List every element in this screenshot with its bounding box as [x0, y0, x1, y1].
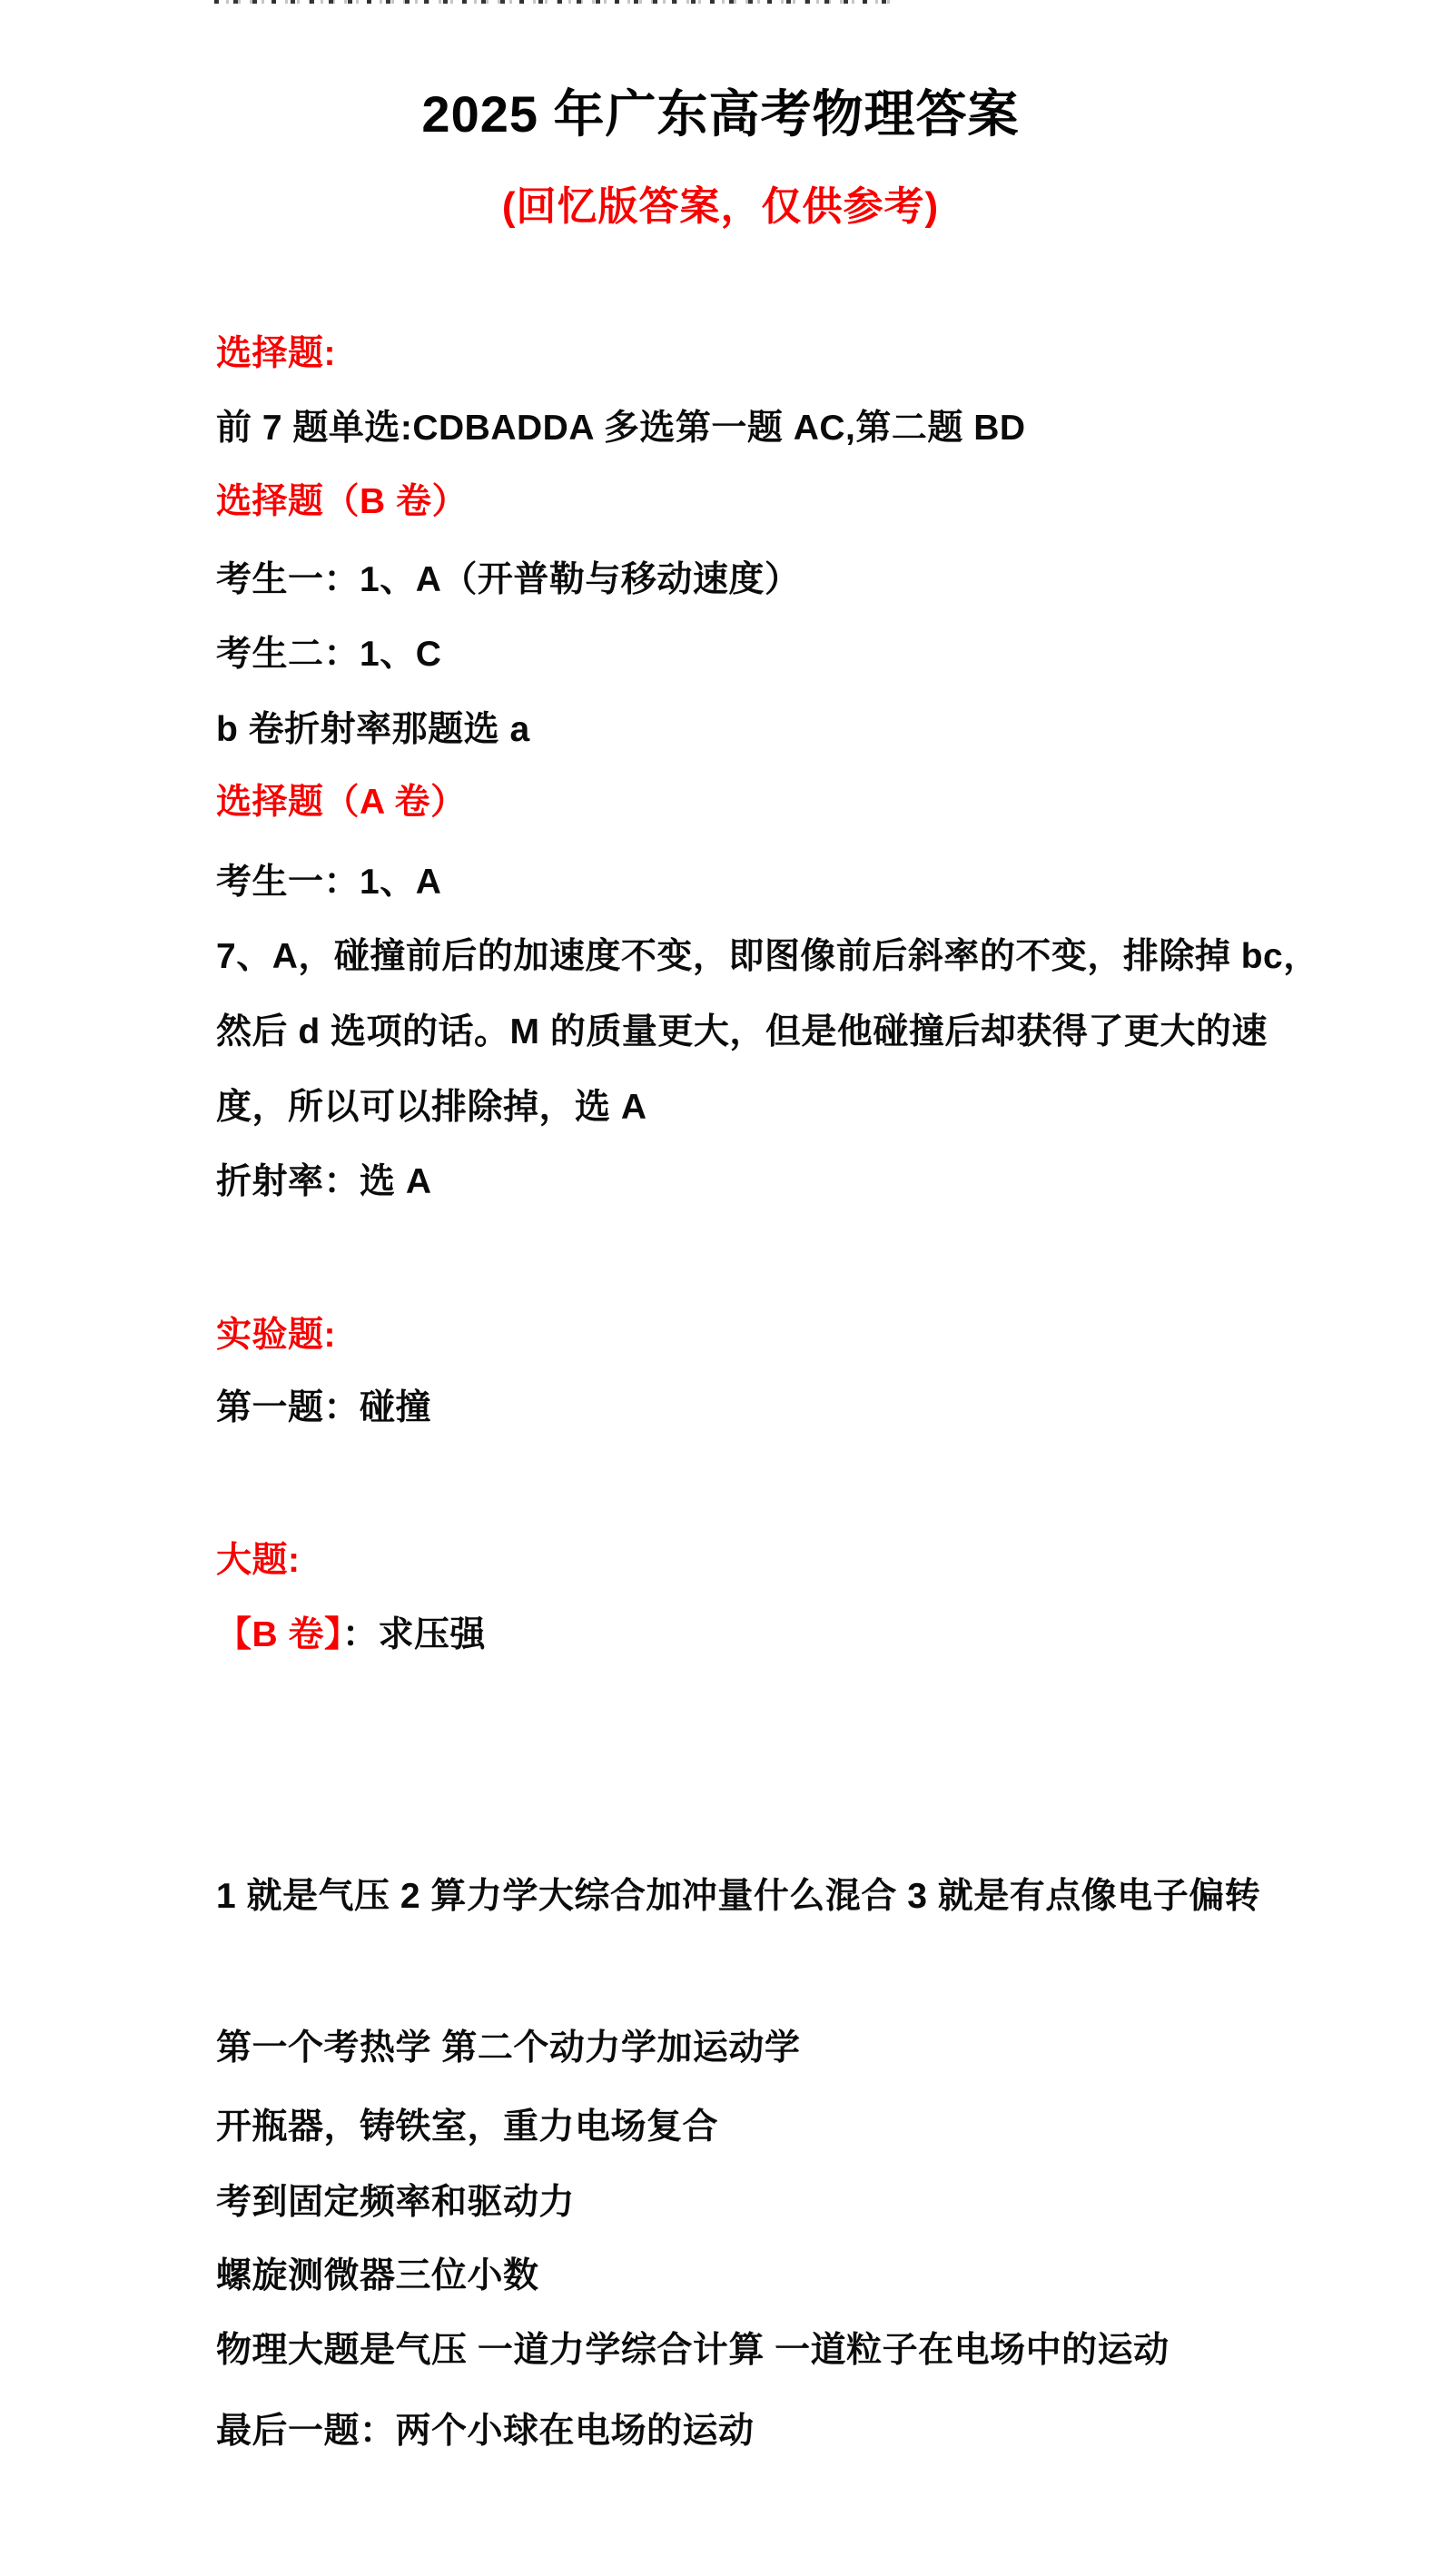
notes-line-3: 考到固定频率和驱动力	[216, 2183, 575, 2224]
page-subtitle: (回忆版答案，仅供参考)	[0, 173, 1441, 232]
notes-line-5: 物理大题是气压 一道力学综合计算 一道粒子在电场中的运动	[216, 2331, 1170, 2372]
candidate-1-answer-b: 考生一：1、A（开普勒与移动速度）	[216, 560, 800, 601]
section-heading-experiment: 实验题:	[216, 1316, 336, 1357]
question7-explanation-line3: 度，所以可以排除掉，选 A	[216, 1088, 647, 1129]
page-title: 2025 年广东高考物理答案	[0, 74, 1441, 147]
big-question-b-text: ：求压强	[342, 1615, 486, 1654]
experiment-question1-line: 第一题：碰撞	[216, 1388, 431, 1429]
candidate-1-answer-a: 考生一：1、A	[216, 863, 441, 903]
section-heading-choice-b: 选择题（B 卷）	[216, 482, 468, 523]
notes-line-6: 最后一题：两个小球在电场的运动	[216, 2412, 755, 2453]
notes-line-1: 第一个考热学 第二个动力学加运动学	[216, 2028, 800, 2069]
b-refraction-note: b 卷折射率那题选 a	[216, 710, 530, 751]
clipped-top-text-artifact	[214, 0, 891, 4]
section-heading-big-questions: 大题:	[216, 1541, 301, 1582]
candidate-2-answer-b: 考生二：1、C	[216, 635, 441, 676]
refraction-answer-line: 折射率：选 A	[216, 1162, 432, 1203]
question7-explanation-line1: 7、A，碰撞前后的加速度不变，即图像前后斜率的不变，排除掉 bc，	[216, 937, 1319, 978]
question7-explanation-line2: 然后 d 选项的话。M 的质量更大，但是他碰撞后却获得了更大的速	[216, 1012, 1268, 1053]
choice-answers-line: 前 7 题单选:CDBADDA 多选第一题 AC,第二题 BD	[216, 409, 1026, 449]
big-question-b-line: 【B 卷】：求压强	[216, 1615, 486, 1656]
section-heading-choice-a: 选择题（A 卷）	[216, 783, 467, 824]
big-questions-overview-line: 1 就是气压 2 算力学大综合加冲量什么混合 3 就是有点像电子偏转	[216, 1877, 1260, 1918]
notes-line-2: 开瓶器，铸铁室，重力电场复合	[216, 2107, 718, 2148]
section-heading-choice: 选择题:	[216, 334, 336, 375]
notes-line-4: 螺旋测微器三位小数	[216, 2256, 539, 2297]
document-page: 2025 年广东高考物理答案 (回忆版答案，仅供参考) 选择题: 前 7 题单选…	[0, 0, 1441, 2576]
big-question-b-tag: 【B 卷】	[216, 1615, 342, 1654]
